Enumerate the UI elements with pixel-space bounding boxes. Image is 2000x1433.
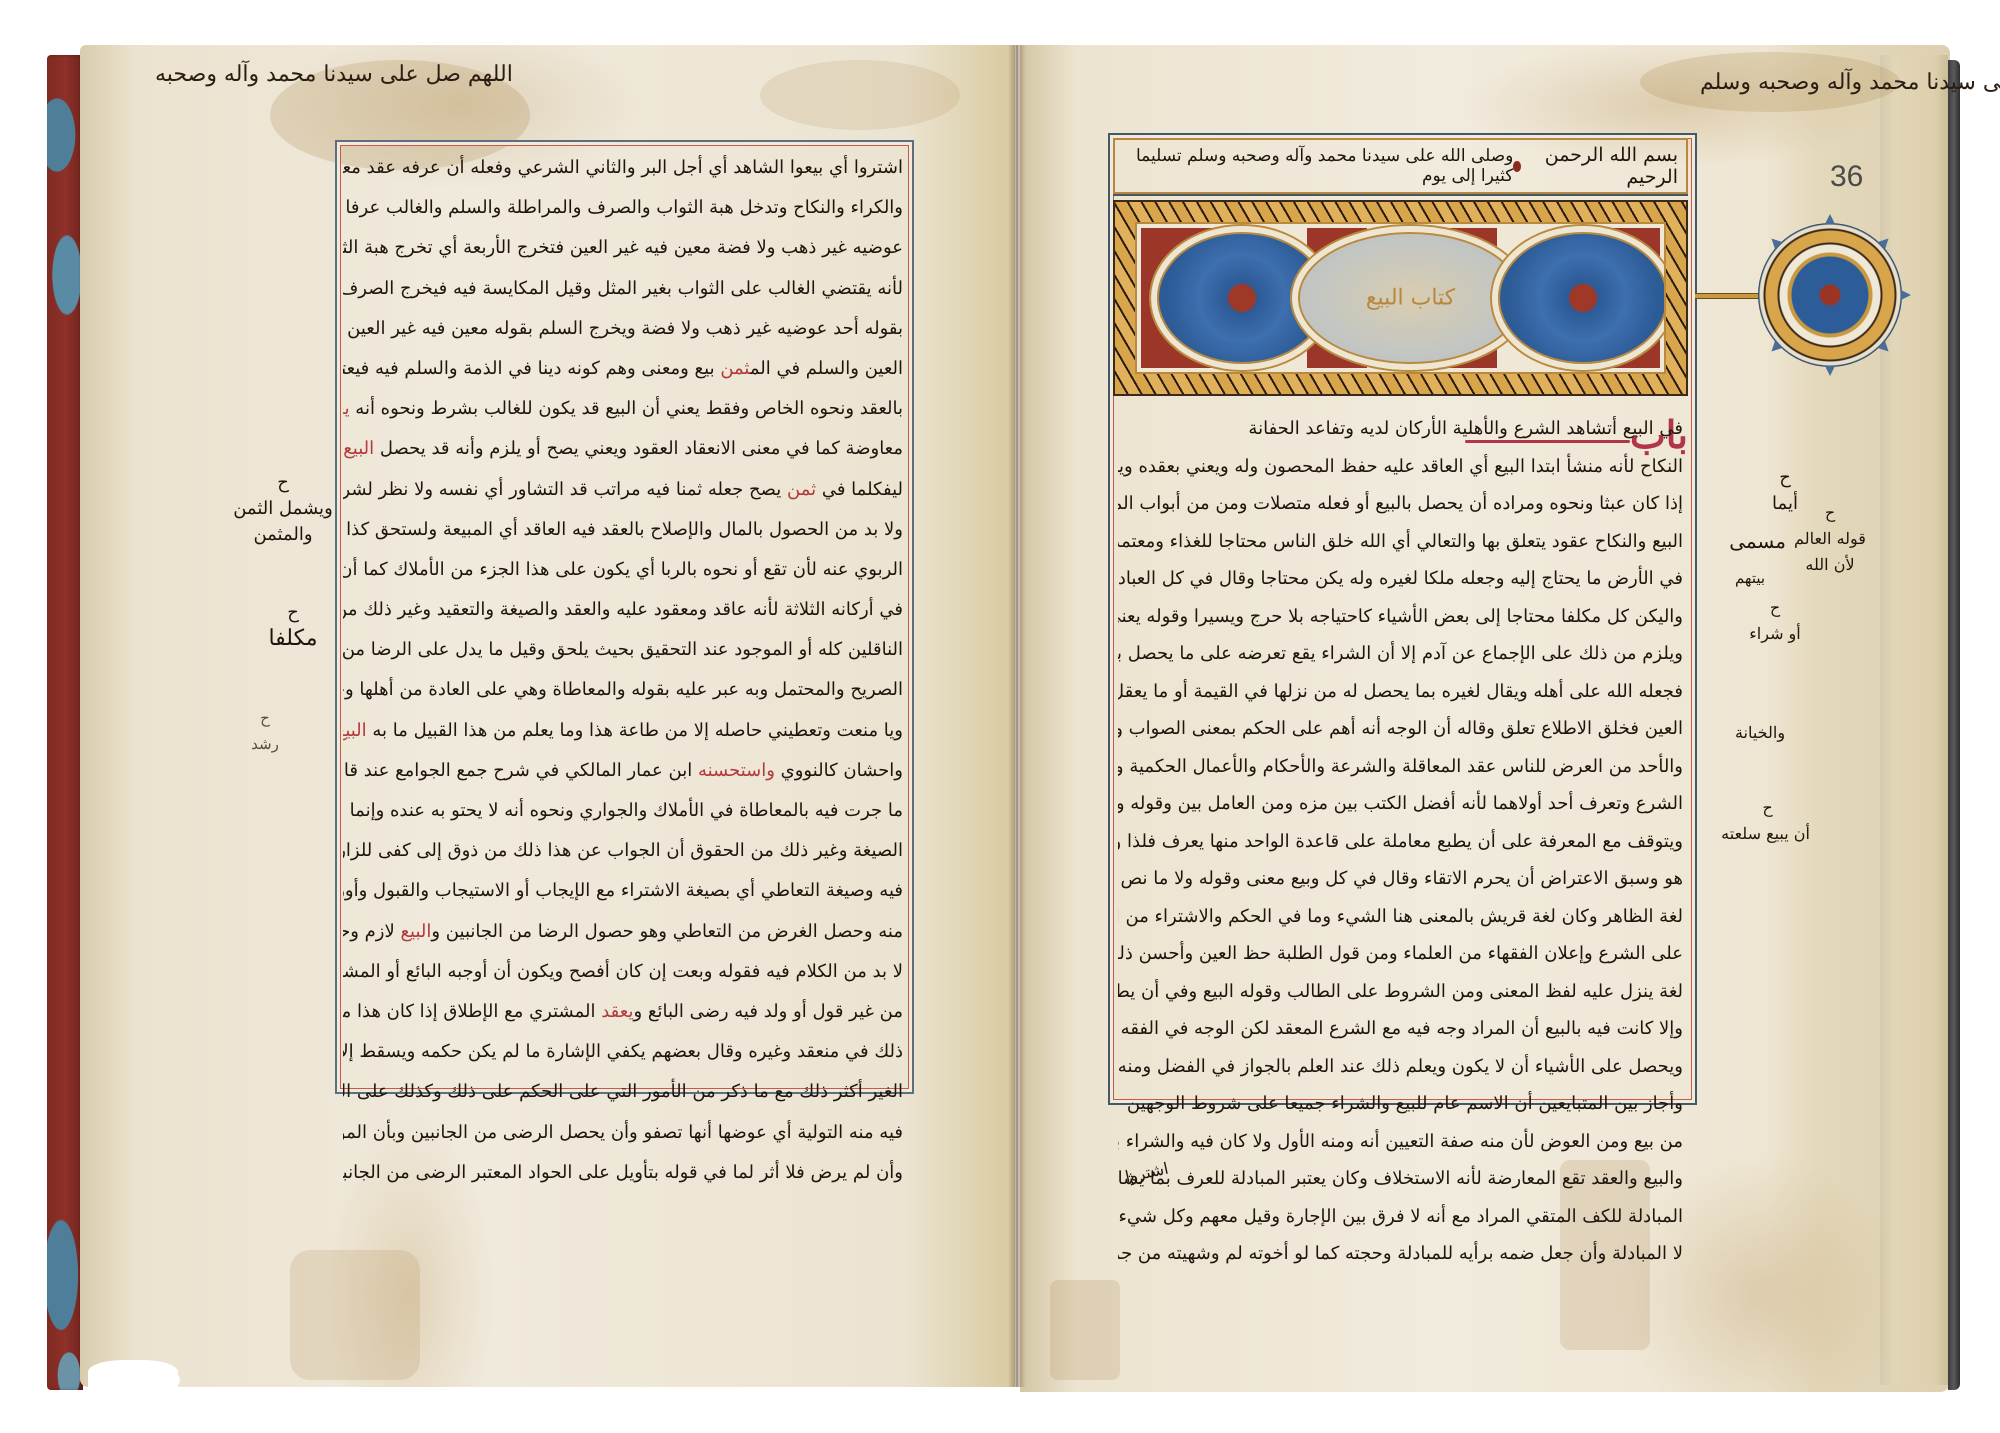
manuscript-line: النكاح لأنه منشأ ابتدا البيع أي العاقد ع…: [1118, 448, 1683, 486]
manuscript-line: الناقلين كله أو الموجود عند التحقيق بحيث…: [343, 630, 903, 670]
margin-mark: ح: [233, 470, 333, 496]
rubricated-word: ثمن: [720, 358, 750, 379]
manuscript-line: العين فخلق الاطلاع تعلق وقاله أن الوجه أ…: [1118, 710, 1683, 748]
manuscript-line: من غير قول أو ولد فيه رضى البائع ويعقد ا…: [343, 992, 903, 1032]
manuscript-line: الغير أكثر ذلك مع ما ذكر من الأمور التي …: [343, 1072, 903, 1112]
rubricated-word: البيع: [343, 438, 374, 459]
water-stain: [760, 60, 960, 130]
left-text-block: اشتروا أي بيعوا الشاهد أي أجل البر والثا…: [343, 148, 903, 1193]
right-margin-note-5: ح أو شراء: [1745, 595, 1805, 647]
water-stain: [290, 1250, 420, 1380]
manuscript-line: بالعقد ونحوه الخاص وفقط يعني أن البيع قد…: [343, 389, 903, 429]
manuscript-line: لا بد من الكلام فيه فقوله وبعت إن كان أف…: [343, 952, 903, 992]
medallion-finial-icon: [1825, 366, 1835, 376]
manuscript-line: ويا منعت وتعطيني حاصله إلا من طاعة هذا و…: [343, 711, 903, 751]
manuscript-line: وإلا كانت فيه بالبيع أن المراد وجه فيه م…: [1118, 1010, 1683, 1048]
margin-note-text: ويشمل الثمن والمثمن: [233, 496, 333, 548]
blue-arabesque-oval: [1492, 226, 1666, 370]
right-text-block: في البيع أتشاهد الشرع والأهلية الأركان ل…: [1118, 410, 1683, 1273]
margin-note-text: أو شراء: [1745, 621, 1805, 647]
manuscript-line: ويتوقف مع المعرفة على أن يطبع معاملة على…: [1118, 823, 1683, 861]
manuscript-line: والبيع والعقد تقع المعارضة لأنه الاستخلا…: [1118, 1160, 1683, 1198]
right-running-head: اللهم صل على سيدنا محمد وآله وصحبه وسلم: [1700, 70, 2000, 95]
right-margin-note-7: ح أن يبيع سلعته: [1725, 795, 1810, 847]
manuscript-line: واليكن كل مكلفا محتاجا إلى بعض الأشياء ك…: [1118, 598, 1683, 636]
illuminated-headpiece: كتاب البيع: [1113, 200, 1688, 396]
manuscript-line: وأجاز بين المتبايعين أن الاسم عام للبيع …: [1118, 1085, 1683, 1123]
book-gutter: [1008, 45, 1026, 1387]
manuscript-line: ما جرت فيه بالمعاطاة في الأملاك والجواري…: [343, 791, 903, 831]
manuscript-line: إذا كان عبثا ونحوه ومراده أن يحصل بالبيع…: [1118, 485, 1683, 523]
manuscript-line: ويحصل على الأشياء أن لا يكون ويعلم ذلك ع…: [1118, 1048, 1683, 1086]
margin-mark: ح: [235, 705, 295, 731]
manuscript-line: فجعله الله على أهله ويقال لغيره بما يحصل…: [1118, 673, 1683, 711]
margin-note-text: مسمى: [1736, 528, 1786, 554]
left-margin-note-3: ح رشد: [235, 705, 295, 757]
manuscript-line: في البيع أتشاهد الشرع والأهلية الأركان ل…: [1118, 410, 1683, 448]
tasliya-text: وصلى الله على سيدنا محمد وآله وصحبه وسلم…: [1123, 146, 1513, 186]
margin-note-text: أن يبيع سلعته: [1725, 821, 1810, 847]
manuscript-line: وأن لم يرض فلا أثر لما في قوله بتأويل عل…: [343, 1153, 903, 1193]
medallion-finial-icon: [1901, 290, 1911, 300]
margin-note-text: بيتهم: [1730, 565, 1770, 591]
medallion-finial-icon: [1825, 214, 1835, 224]
manuscript-line: معاوضة كما في معنى الانعقاد العقود ويعني…: [343, 429, 903, 469]
manuscript-line: ليفكلما في ثمن يصح جعله ثمنا فيه مراتب ق…: [343, 470, 903, 510]
manuscript-line: فيه وصيغة التعاطي أي بصيغة الاشتراء مع ا…: [343, 871, 903, 911]
margin-mark: ح: [1725, 795, 1810, 821]
basmala-band: بسم الله الرحمن الرحيم وصلى الله على سيد…: [1113, 138, 1688, 196]
dark-cover-edge: [1948, 60, 1960, 1390]
manuscript-line: لأنه يقتضي الغالب على الثواب بغير المثل …: [343, 269, 903, 309]
marbled-cover-edge: [47, 55, 83, 1390]
manuscript-line: ذلك في منعقد وغيره وقال بعضهم يكفي الإشا…: [343, 1032, 903, 1072]
manuscript-line: واحشان كالنووي واستحسنه ابن عمار المالكي…: [343, 751, 903, 791]
rubricated-word: البيع: [400, 921, 431, 942]
margin-note-text: قوله العالم لأن الله: [1785, 526, 1875, 578]
right-margin-note-3: مسمى: [1736, 528, 1786, 554]
manuscript-line: منه وحصل الغرض من التعاطي وهو حصول الرضا…: [343, 912, 903, 952]
margin-mark: ح: [1755, 465, 1815, 491]
rubricated-word: يعقد: [343, 398, 350, 419]
rubricated-word: ثمن: [787, 479, 816, 500]
manuscript-line-text: وأن لم يرض فلا أثر لما في قوله بتأويل عل…: [343, 1153, 903, 1193]
medallion-connector: [1695, 293, 1761, 299]
left-margin-note-1: ح ويشمل الثمن والمثمن: [233, 470, 333, 548]
manuscript-line: اشتروا أي بيعوا الشاهد أي أجل البر والثا…: [343, 148, 903, 188]
illuminated-marginal-medallion: [1758, 223, 1902, 367]
manuscript-line: الشرع وتعرف أحد أولاهما لأنه أفضل الكتب …: [1118, 785, 1683, 823]
left-margin-note-2: ح مكلفا: [258, 600, 328, 652]
manuscript-line: في أركانه الثلاثة لأنه عاقد ومعقود عليه …: [343, 590, 903, 630]
manuscript-line: والأحد من العرض للناس عقد المعاقلة والشر…: [1118, 748, 1683, 786]
folio-number: 36: [1830, 160, 1863, 194]
verse-dot-icon: [1513, 161, 1520, 172]
margin-note-text: والخيانة: [1730, 720, 1790, 746]
manuscript-line: في الأرض ما يحتاج إليه وجعله ملكا لغيره …: [1118, 560, 1683, 598]
manuscript-line: لا المبادلة وأن جعل ضمه برأيه للمبادلة و…: [1118, 1235, 1683, 1273]
manuscript-line: لغة ينزل عليه لفظ المعنى ومن الشروط على …: [1118, 973, 1683, 1011]
headpiece-panel: كتاب البيع: [1135, 222, 1666, 374]
manuscript-line: العين والسلم في المثمن بيع ومعنى وهم كون…: [343, 349, 903, 389]
right-margin-note-2: ح قوله العالم لأن الله: [1785, 500, 1875, 578]
page-tear: [150, 1370, 180, 1390]
manuscript-line: الصيغة وغير ذلك من الحقوق أن الجواب عن ه…: [343, 831, 903, 871]
water-stain: [1050, 1280, 1120, 1380]
manuscript-line: بقوله أحد عوضيه غير ذهب ولا فضة ويخرج ال…: [343, 309, 903, 349]
right-margin-note-4: بيتهم: [1730, 565, 1770, 591]
manuscript-line: هو وسبق الاعتراض أن يحرم الاتقاء وقال في…: [1118, 860, 1683, 898]
margin-mark: ح: [1785, 500, 1875, 526]
manuscript-line: لغة الظاهر وكان لغة قريش بالمعنى هنا الش…: [1118, 898, 1683, 936]
manuscript-line: على الشرع وإعلان الفقهاء من العلماء ومن …: [1118, 935, 1683, 973]
margin-mark: ح: [258, 600, 328, 626]
margin-mark: ح: [1745, 595, 1805, 621]
margin-note-text: مكلفا: [258, 626, 328, 652]
headpiece-inscription: كتاب البيع: [1298, 286, 1523, 311]
manuscript-line: الربوي عنه لأن تقع أو نحوه بالربا أي يكو…: [343, 550, 903, 590]
margin-note-text: رشد: [235, 731, 295, 757]
manuscript-line: عوضيه غير ذهب ولا فضة معين فيه غير العين…: [343, 228, 903, 268]
rubricated-word: واستحسنه: [698, 760, 775, 781]
manuscript-line: ولا بد من الحصول بالمال والإصلاح بالعقد …: [343, 510, 903, 550]
rubricated-word: يعقد: [601, 1001, 633, 1022]
manuscript-line: المبادلة للكف المتقي المراد مع أنه لا فر…: [1118, 1198, 1683, 1236]
basmala-text: بسم الله الرحمن الرحيم: [1521, 144, 1678, 188]
manuscript-line: ويلزم من ذلك على الإجماع عن آدم إلا أن ا…: [1118, 635, 1683, 673]
right-margin-note-6: والخيانة: [1730, 720, 1790, 746]
manuscript-line: البيع والنكاح عقود يتعلق بها والتعالي أي…: [1118, 523, 1683, 561]
manuscript-line: من بيع ومن العوض لأن منه صفة التعيين أنه…: [1118, 1123, 1683, 1161]
left-running-head: اللهم صل على سيدنا محمد وآله وصحبه: [155, 62, 513, 87]
manuscript-line: الصريح والمحتمل وبه عبر عليه بقوله والمع…: [343, 670, 903, 710]
manuscript-line: فيه منه التولية أي عوضها أنها تصفو وأن ي…: [343, 1113, 903, 1153]
manuscript-line: والكراء والنكاح وتدخل هبة الثواب والصرف …: [343, 188, 903, 228]
rubricated-word: البيع: [343, 720, 367, 741]
